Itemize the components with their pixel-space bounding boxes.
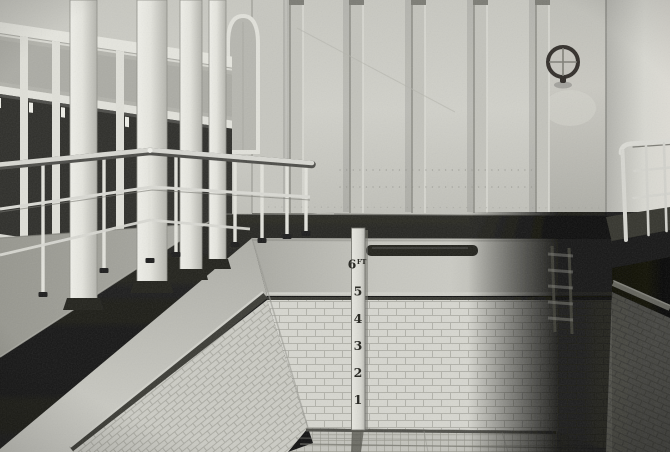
- vignette: [0, 0, 670, 452]
- pool-photograph: 6FT 5 4 3 2 1: [0, 0, 670, 452]
